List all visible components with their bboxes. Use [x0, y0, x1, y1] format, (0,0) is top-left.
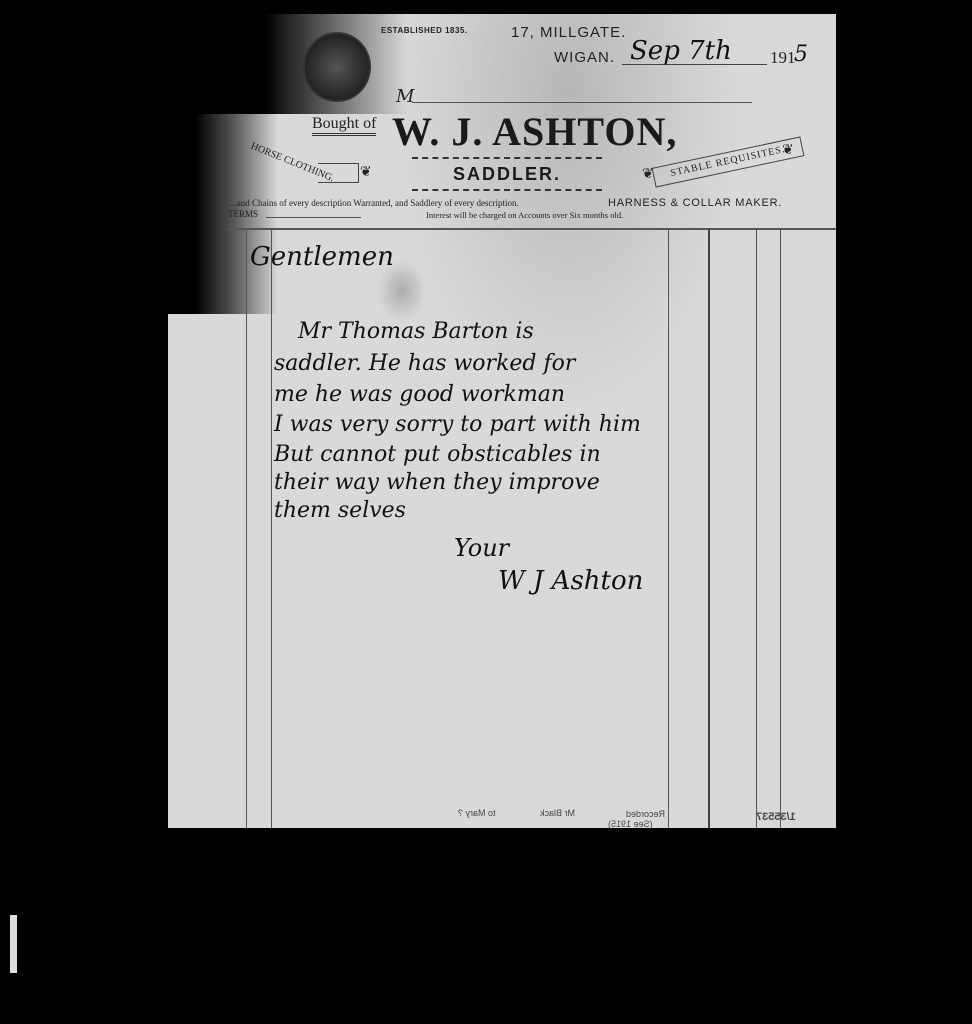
terms-label: TERMS: [228, 209, 258, 219]
harness-collar-maker: HARNESS & COLLAR MAKER.: [608, 197, 782, 209]
letter-signature: W J Ashton: [498, 566, 643, 596]
handwritten-year-digit: 5: [794, 42, 808, 67]
address-town: WIGAN.: [554, 49, 615, 66]
established-text: ESTABLISHED 1835.: [381, 26, 468, 35]
ledger-column-line: [271, 230, 272, 828]
bleed-through-note: Mr Black: [540, 808, 575, 818]
letter-line: them selves: [274, 498, 406, 523]
printed-year: 191: [770, 48, 796, 68]
flourish-ornament-icon: ❦: [782, 142, 794, 159]
scan-shadow-top: [168, 14, 408, 114]
company-seal-emblem: [303, 32, 371, 102]
flourish-ornament-icon: ❦: [360, 164, 372, 181]
ledger-column-line: [668, 230, 669, 828]
bleed-through-note: (See 1915): [608, 819, 653, 829]
letter-line: saddler. He has worked for: [274, 351, 575, 376]
letter-line: But cannot put obsticables in: [274, 442, 601, 467]
recipient-prefix: M: [396, 86, 414, 107]
letter-line: I was very sorry to part with him: [274, 412, 641, 437]
terms-line: [266, 217, 361, 218]
ledger-column-line: [246, 230, 247, 828]
ledger-column-line: [756, 230, 757, 828]
letter-line: me he was good workman: [274, 382, 565, 407]
banner-left-ribbon: [318, 163, 359, 183]
bought-of-label: Bought of: [312, 115, 376, 136]
description-text: ...and Chains of every description Warra…: [230, 198, 519, 208]
letter-greeting: Gentlemen: [250, 242, 394, 272]
film-edge-mark: [10, 915, 17, 973]
ledger-column-line: [708, 230, 710, 828]
letter-closing: Your: [454, 534, 509, 562]
letter-line: Mr Thomas Barton is: [298, 319, 534, 344]
company-name: W. J. ASHTON,: [392, 108, 677, 155]
ledger-column-line: [780, 230, 781, 828]
bleed-through-note: Recorded: [626, 809, 665, 819]
bleed-through-reference: 1/35537: [756, 811, 796, 823]
bleed-through-note: to Mary ?: [458, 808, 496, 818]
address-street: 17, MILLGATE.: [511, 24, 626, 41]
handwritten-date: Sep 7th: [630, 36, 732, 66]
ledger-top-rule: [228, 228, 836, 230]
letter-page: ESTABLISHED 1835. 17, MILLGATE. WIGAN. S…: [168, 14, 836, 828]
trade-saddler: SADDLER.: [412, 157, 602, 191]
recipient-line: [412, 102, 752, 103]
interest-notice: Interest will be charged on Accounts ove…: [426, 210, 623, 220]
letter-line: their way when they improve: [274, 470, 600, 495]
